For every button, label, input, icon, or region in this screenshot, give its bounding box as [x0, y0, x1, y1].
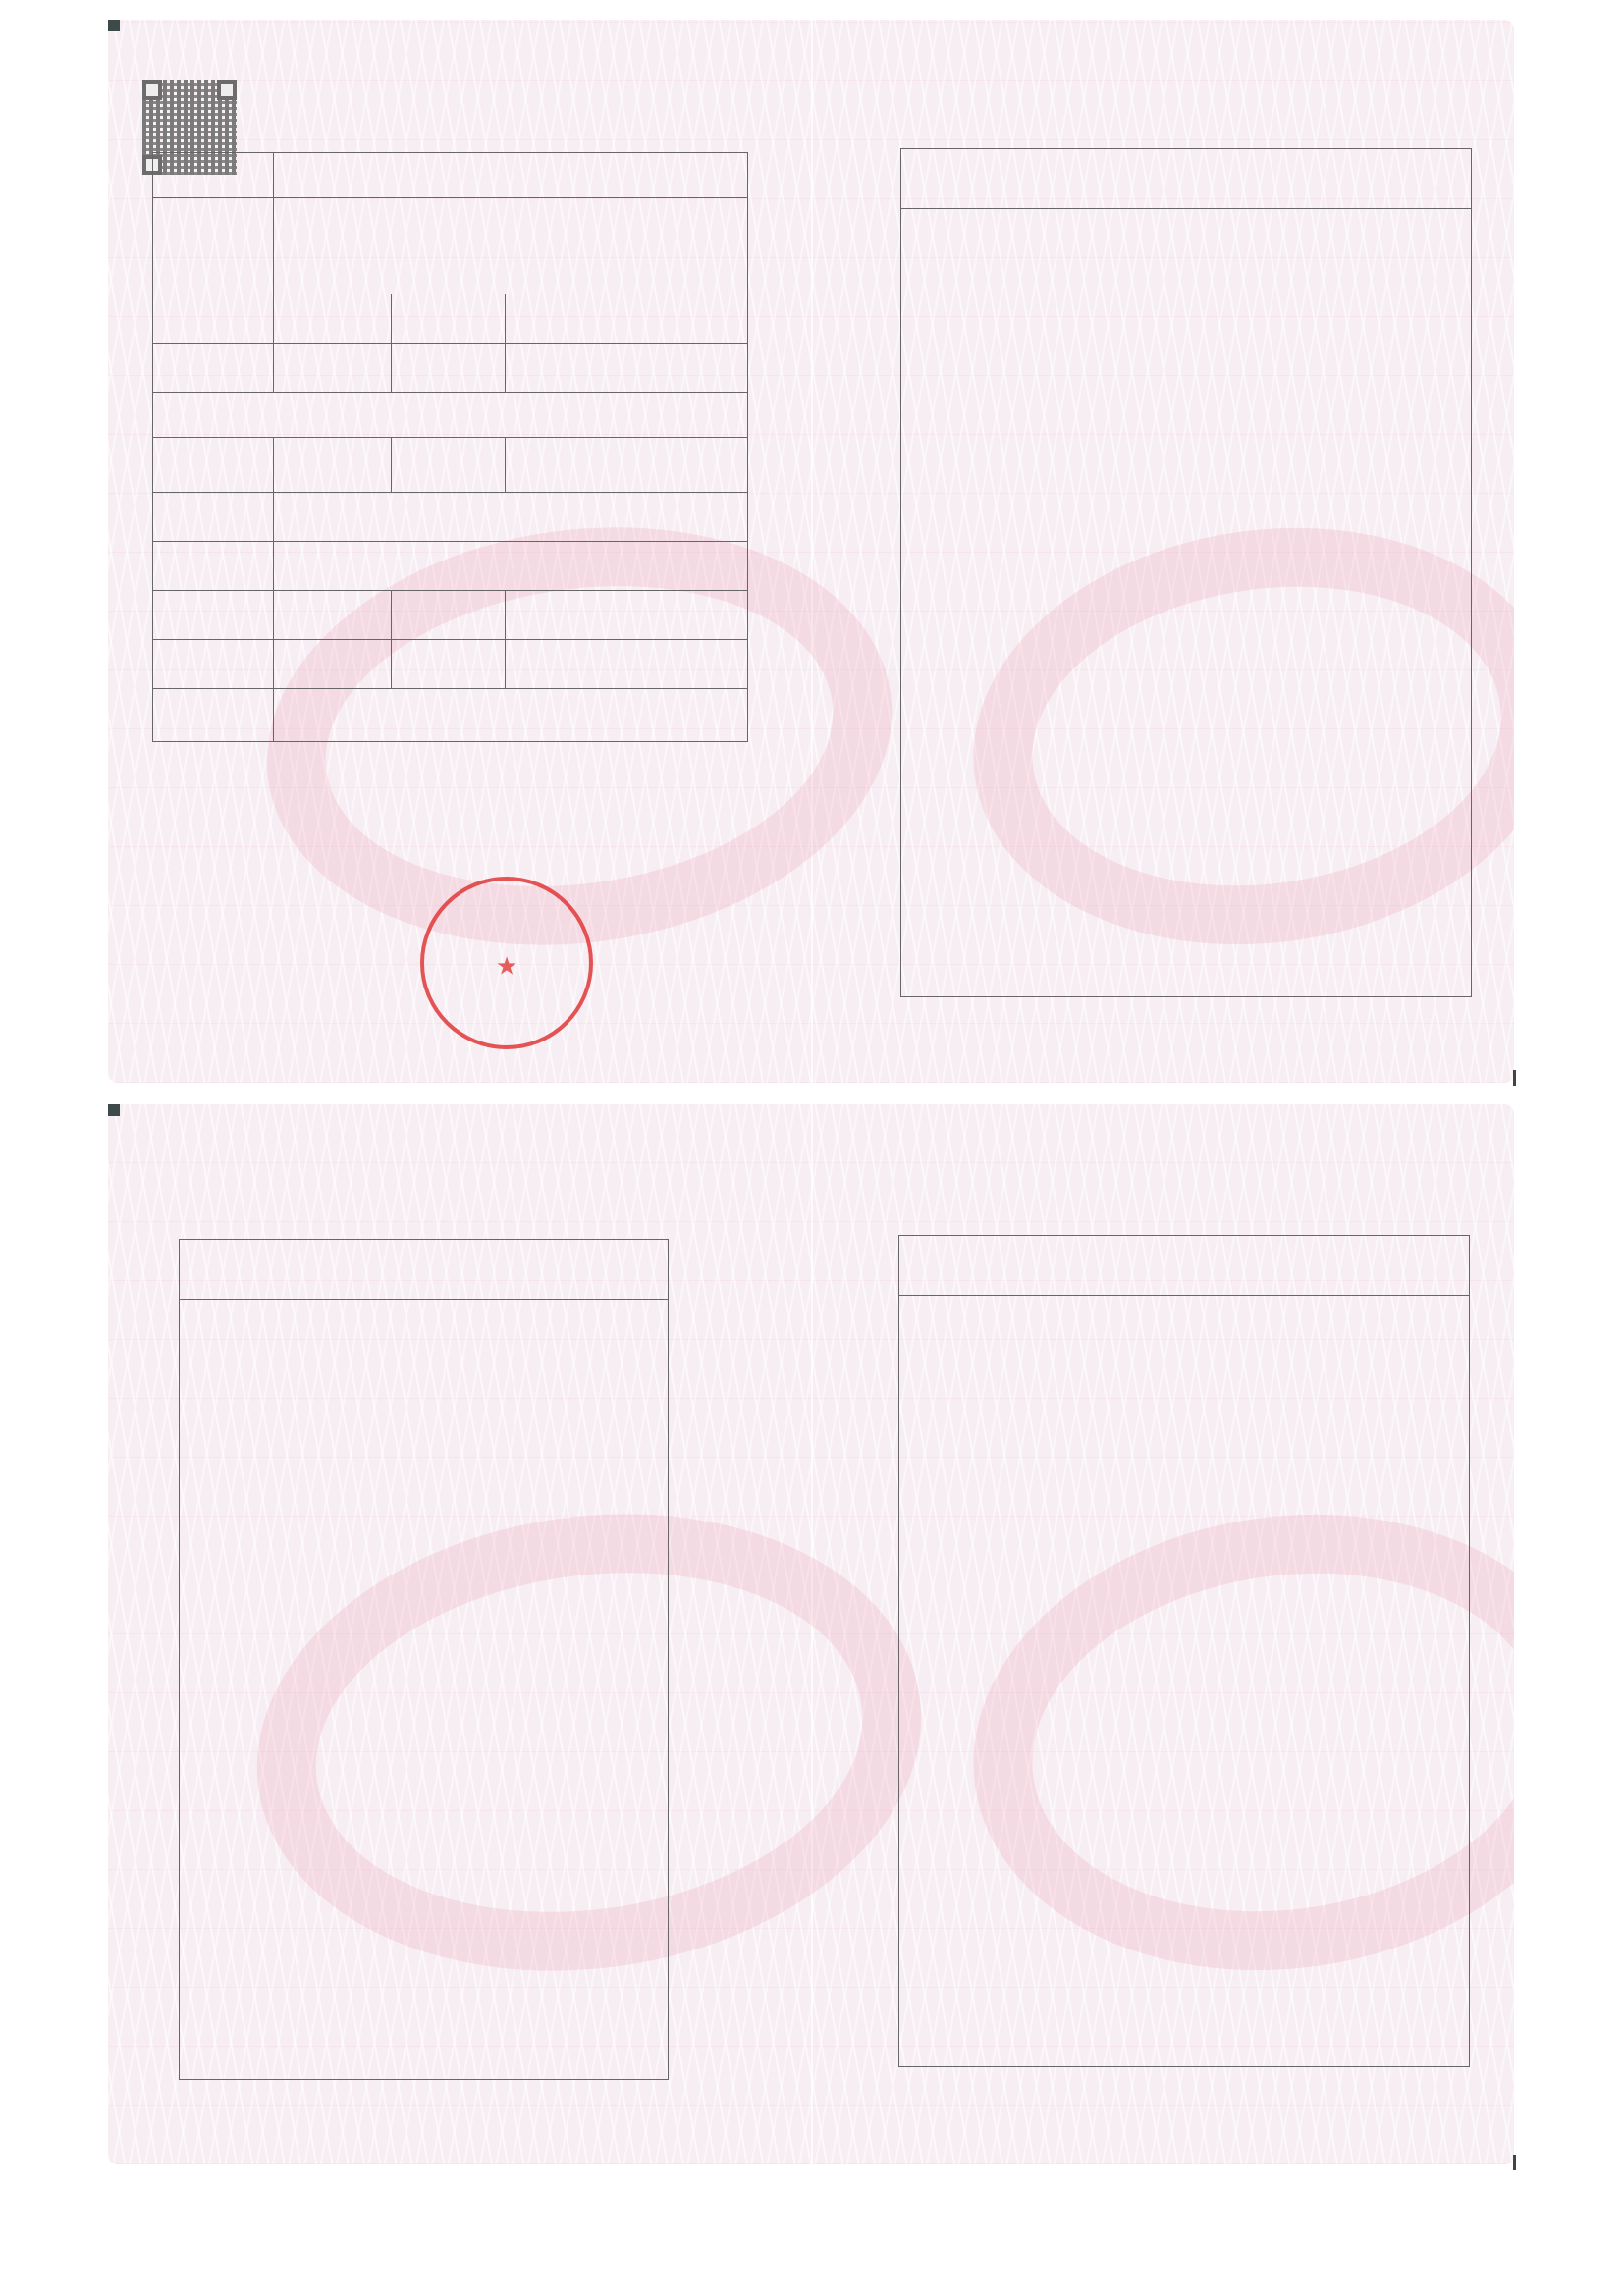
institution-info-table — [152, 152, 748, 742]
address — [273, 198, 747, 294]
eval-date — [273, 591, 391, 640]
valid-until-label — [391, 640, 506, 689]
test-items-box-1 — [900, 148, 1472, 997]
grade-label — [153, 493, 274, 542]
address-label — [153, 198, 274, 294]
valid-until — [506, 640, 748, 689]
cert-no — [273, 542, 747, 591]
ornament-icon — [334, 88, 540, 124]
header-cert — [506, 438, 748, 493]
change-title — [899, 1236, 1469, 1296]
issue-date — [273, 640, 391, 689]
page-fold — [811, 20, 813, 1083]
renew-date-label — [391, 591, 506, 640]
grade — [273, 493, 747, 542]
legal-rep-label — [391, 344, 506, 393]
people-header-row — [153, 438, 748, 493]
change-record-box — [898, 1235, 1470, 2067]
test-items-title — [901, 149, 1471, 209]
corner-mark — [108, 1104, 120, 1116]
nature — [273, 344, 391, 393]
ornament-icon — [1085, 86, 1291, 122]
phone — [506, 294, 748, 344]
org-name-label — [153, 153, 274, 198]
issue-date-label — [153, 640, 274, 689]
header-name — [153, 438, 274, 493]
svg-text:★: ★ — [496, 951, 517, 980]
header-title — [391, 438, 506, 493]
legal-rep — [506, 344, 748, 393]
nature-label — [153, 344, 274, 393]
responsible-section-title — [153, 393, 748, 438]
corner-mark — [108, 20, 120, 31]
renew-date — [506, 591, 748, 640]
ornament-icon — [1090, 1178, 1296, 1213]
test-items-box-2 — [179, 1239, 669, 2080]
issuer — [273, 689, 747, 742]
edge-tick — [1513, 1070, 1516, 1086]
postcode — [273, 294, 391, 344]
edge-tick — [1513, 2155, 1516, 2170]
issuer-label — [153, 689, 274, 742]
official-seal: ★ — [420, 877, 593, 1049]
test-items-list — [901, 209, 1471, 211]
postcode-label — [153, 294, 274, 344]
header-position — [273, 438, 391, 493]
eval-date-label — [153, 591, 274, 640]
org-name — [273, 153, 747, 198]
phone-label — [391, 294, 506, 344]
ornament-icon — [337, 1178, 543, 1213]
cert-no-label — [153, 542, 274, 591]
